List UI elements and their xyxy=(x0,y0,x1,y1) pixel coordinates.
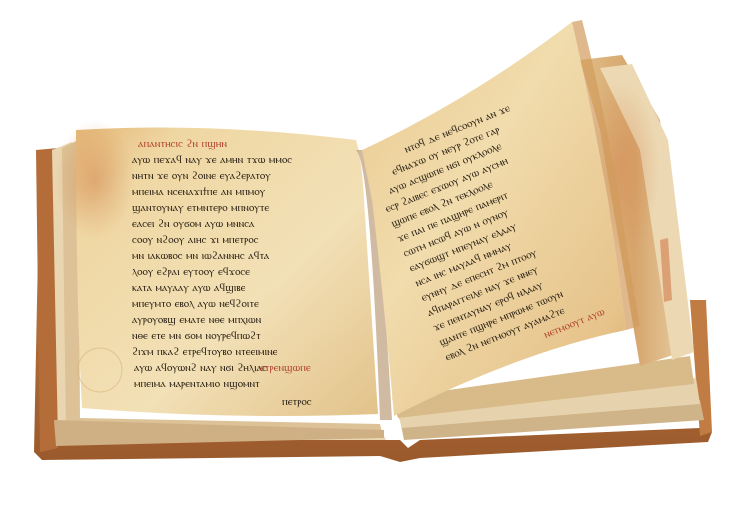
svg-text:ⲙⲡⲉⲓⲙⲁ ⲛⲥⲉⲛⲁϫⲓϯⲡⲉ ⲁⲛ ⲙⲡⲙⲟⲩ: ⲙⲡⲉⲓⲙⲁ ⲛⲥⲉⲛⲁϫⲓϯⲡⲉ ⲁⲛ ⲙⲡⲙⲟⲩ xyxy=(132,185,265,198)
svg-text:ⲗⲟⲟⲩ ⲉϩⲣⲁⲓ ⲉⲩⲧⲟⲟⲩ ⲉϥϫⲟⲥⲉ: ⲗⲟⲟⲩ ⲉϩⲣⲁⲓ ⲉⲩⲧⲟⲟⲩ ⲉϥϫⲟⲥⲉ xyxy=(132,265,250,278)
svg-text:ⲁⲡⲁⲛⲧⲏⲥⲓⲥ ϩⲛ ⲡϣⲏⲛ: ⲁⲡⲁⲛⲧⲏⲥⲓⲥ ϩⲛ ⲡϣⲏⲛ xyxy=(138,137,227,150)
svg-text:ⲥⲟⲟⲩ ⲛϩⲟⲟⲩ ⲁⲓⲏⲥ ϫⲓ ⲙⲡⲉⲧⲣⲟⲥ: ⲥⲟⲟⲩ ⲛϩⲟⲟⲩ ⲁⲓⲏⲥ ϫⲓ ⲙⲡⲉⲧⲣⲟⲥ xyxy=(132,233,259,246)
svg-text:ⲛⲏⲧⲛ ϫⲉ ⲟⲩⲛ ϩⲟⲓⲛⲉ ⲉⲩⲁϩⲉⲣⲁⲧⲟⲩ: ⲛⲏⲧⲛ ϫⲉ ⲟⲩⲛ ϩⲟⲓⲛⲉ ⲉⲩⲁϩⲉⲣⲁⲧⲟⲩ xyxy=(132,169,271,182)
svg-text:ⲉⲧⲣⲉⲛϣⲱⲡⲉ: ⲉⲧⲣⲉⲛϣⲱⲡⲉ xyxy=(260,361,311,374)
svg-text:ⲙⲡⲉⲩⲙⲧⲟ ⲉⲃⲟⲗ ⲁⲩⲱ ⲛⲉϥϩⲟⲓⲧⲉ: ⲙⲡⲉⲩⲙⲧⲟ ⲉⲃⲟⲗ ⲁⲩⲱ ⲛⲉϥϩⲟⲓⲧⲉ xyxy=(132,297,259,310)
svg-text:ϩⲓϫⲙ ⲡⲕⲁϩ ⲉⲧⲣⲉϥⲧⲟⲩⲃⲟ ⲛⲧⲉⲉⲓⲙⲓⲛⲉ: ϩⲓϫⲙ ⲡⲕⲁϩ ⲉⲧⲣⲉϥⲧⲟⲩⲃⲟ ⲛⲧⲉⲉⲓⲙⲓⲛⲉ xyxy=(132,345,278,358)
svg-text:ⲁⲩⲣⲟⲩⲟⲃϣ ⲉⲙⲁⲧⲉ ⲛⲑⲉ ⲙⲡⲭⲓⲱⲛ: ⲁⲩⲣⲟⲩⲟⲃϣ ⲉⲙⲁⲧⲉ ⲛⲑⲉ ⲙⲡⲭⲓⲱⲛ xyxy=(132,313,262,326)
svg-text:ⲙⲡⲉⲓⲙⲁ ⲙⲁⲣⲉⲛⲧⲁⲙⲓⲟ ⲛϣⲟⲙⲛⲧ: ⲙⲡⲉⲓⲙⲁ ⲙⲁⲣⲉⲛⲧⲁⲙⲓⲟ ⲛϣⲟⲙⲛⲧ xyxy=(134,377,260,390)
svg-text:ⲙⲛ ⲓⲁⲕⲱⲃⲟⲥ ⲙⲛ ⲓⲱϩⲁⲛⲛⲏⲥ ⲁϥⲧⲁ: ⲙⲛ ⲓⲁⲕⲱⲃⲟⲥ ⲙⲛ ⲓⲱϩⲁⲛⲛⲏⲥ ⲁϥⲧⲁ xyxy=(132,249,270,262)
manuscript-illustration: ⲁⲡⲁⲛⲧⲏⲥⲓⲥ ϩⲛ ⲡϣⲏⲛ ⲁⲩⲱ ⲡⲉϫⲁϥ ⲛⲁⲩ ϫⲉ ⲁⲙⲏⲛ … xyxy=(0,0,742,512)
svg-text:ⲉⲁⲥⲉⲓ ϩⲛ ⲟⲩϭⲟⲙ ⲁⲩⲱ ⲙⲛⲛⲥⲁ: ⲉⲁⲥⲉⲓ ϩⲛ ⲟⲩϭⲟⲙ ⲁⲩⲱ ⲙⲛⲛⲥⲁ xyxy=(132,217,255,230)
svg-text:ⲁⲩⲱ ⲁϥⲟⲩⲱⲛϩ ⲛⲁⲩ ⲛϭⲓ ϩⲏⲗⲓⲁⲥ: ⲁⲩⲱ ⲁϥⲟⲩⲱⲛϩ ⲛⲁⲩ ⲛϭⲓ ϩⲏⲗⲓⲁⲥ xyxy=(134,361,267,374)
svg-text:ϣⲁⲛⲧⲟⲩⲛⲁⲩ ⲉⲧⲙⲛⲧⲉⲣⲟ ⲙⲡⲛⲟⲩⲧⲉ: ϣⲁⲛⲧⲟⲩⲛⲁⲩ ⲉⲧⲙⲛⲧⲉⲣⲟ ⲙⲡⲛⲟⲩⲧⲉ xyxy=(132,201,269,214)
svg-text:ⲕⲁⲧⲁ ⲙⲁⲩⲁⲁⲩ ⲁⲩⲱ ⲁϥϣⲓⲃⲉ: ⲕⲁⲧⲁ ⲙⲁⲩⲁⲁⲩ ⲁⲩⲱ ⲁϥϣⲓⲃⲉ xyxy=(132,281,246,294)
manuscript-photo: ⲁⲡⲁⲛⲧⲏⲥⲓⲥ ϩⲛ ⲡϣⲏⲛ ⲁⲩⲱ ⲡⲉϫⲁϥ ⲛⲁⲩ ϫⲉ ⲁⲙⲏⲛ … xyxy=(0,0,742,512)
svg-text:ⲛⲑⲉ ⲉⲧⲉ ⲙⲛ ϭⲟⲙ ⲛⲟⲩⲣⲉϥⲡⲱϩⲧ: ⲛⲑⲉ ⲉⲧⲉ ⲙⲛ ϭⲟⲙ ⲛⲟⲩⲣⲉϥⲡⲱϩⲧ xyxy=(132,329,261,342)
svg-text:ⲁⲩⲱ ⲡⲉϫⲁϥ ⲛⲁⲩ ϫⲉ ⲁⲙⲏⲛ ⲧϫⲱ ⲙⲙⲟⲥ: ⲁⲩⲱ ⲡⲉϫⲁϥ ⲛⲁⲩ ϫⲉ ⲁⲙⲏⲛ ⲧϫⲱ ⲙⲙⲟⲥ xyxy=(132,153,292,166)
svg-text:ⲡⲉⲧⲣⲟⲥ: ⲡⲉⲧⲣⲟⲥ xyxy=(282,395,312,408)
